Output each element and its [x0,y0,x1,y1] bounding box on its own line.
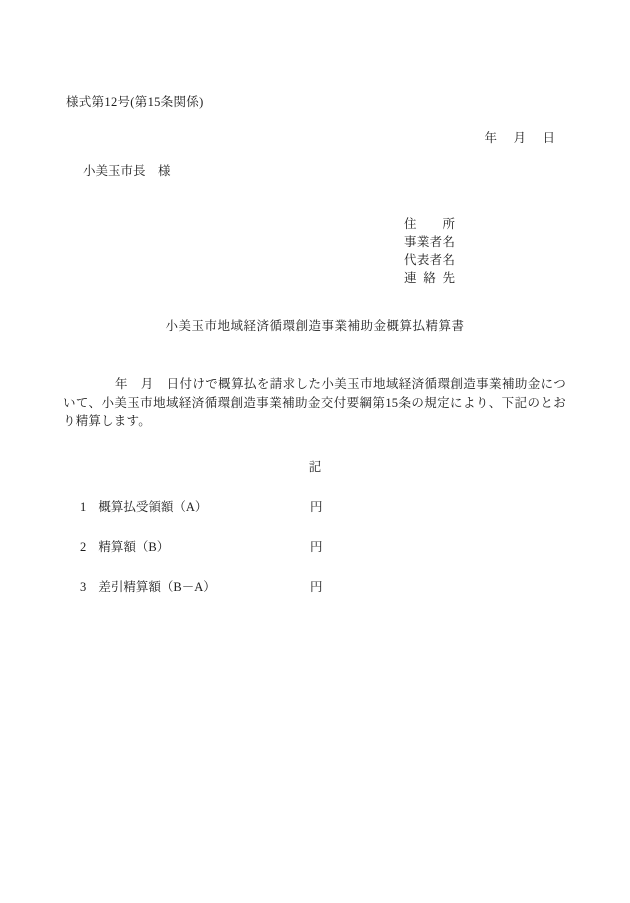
item-label: 概算払受領額（A） [98,500,207,514]
item-number: 1 [80,500,86,514]
sender-contact-label: 連絡先 [404,272,455,285]
sender-address-label: 住所 [404,218,455,231]
body-paragraph: 年 月 日付けで概算払を請求した小美玉市地域経済循環創造事業補助金について、小美… [63,375,566,431]
list-item-2: 2 精算額（B） 円 [80,541,560,557]
sender-line-representative: 代表者名 [404,254,455,272]
sender-line-address: 住所 [404,218,455,236]
list-item-3: 3 差引精算額（B－A） 円 [80,581,560,597]
sender-business-name-label: 事業者名 [404,236,455,249]
item-label: 精算額（B） [98,540,169,554]
item-number: 2 [80,540,86,554]
section-marker: 記 [0,461,630,474]
form-number: 様式第12号(第15条関係) [66,96,204,109]
item-number: 3 [80,580,86,594]
date-line: 年 月 日 [484,132,557,145]
sender-block: 住所 事業者名 代表者名 連絡先 [404,218,455,290]
sender-representative-label: 代表者名 [404,254,455,267]
sender-line-business-name: 事業者名 [404,236,455,254]
document-page: 様式第12号(第15条関係) 年 月 日 小美玉市長 様 住所 事業者名 代表者… [0,0,630,903]
sender-line-contact: 連絡先 [404,272,455,290]
item-unit: 円 [310,501,323,514]
addressee: 小美玉市長 様 [83,165,171,178]
list-item-1: 1 概算払受領額（A） 円 [80,501,560,517]
item-unit: 円 [310,541,323,554]
item-unit: 円 [310,581,323,594]
item-label: 差引精算額（B－A） [98,580,215,594]
document-title: 小美玉市地域経済循環創造事業補助金概算払精算書 [0,320,630,333]
